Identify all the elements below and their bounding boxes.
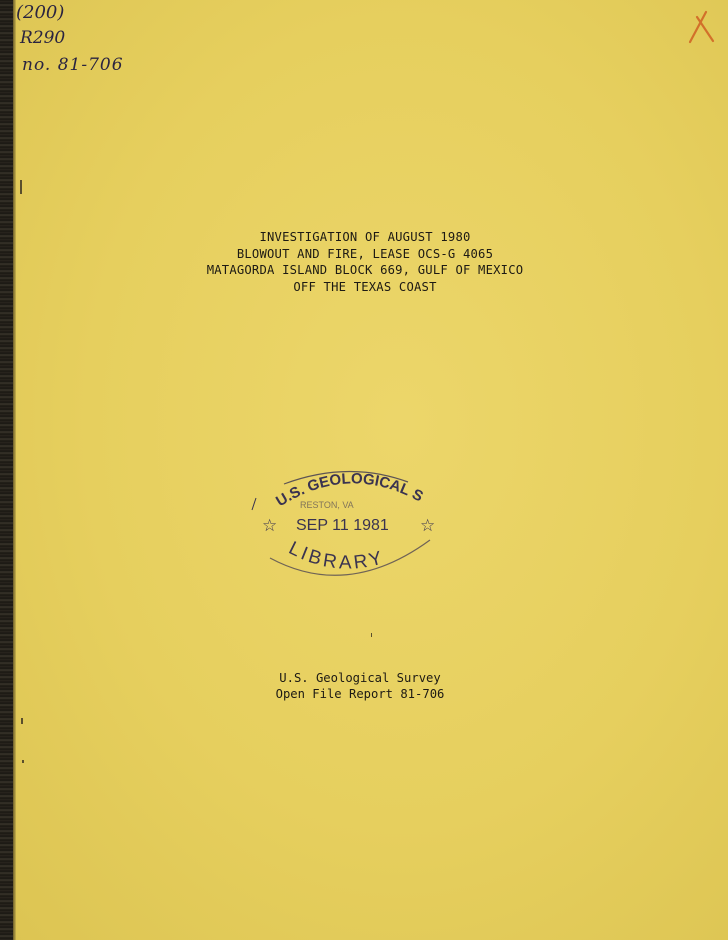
library-stamp: U.S. GEOLOGICAL SURVEY RESTON, VA ☆ ☆ SE… [248, 462, 448, 587]
title-line: OFF THE TEXAS COAST [180, 279, 550, 296]
star-icon: ☆ [262, 516, 277, 535]
mark-speck [21, 718, 23, 724]
stamp-date: SEP 11 1981 [296, 517, 389, 534]
x-mark-icon [686, 8, 716, 44]
handwritten-note-1: (200) [16, 4, 64, 22]
stamp-library: LIBRARY [285, 538, 387, 574]
mark-speck [20, 180, 22, 194]
report-title: INVESTIGATION OF AUGUST 1980 BLOWOUT AND… [180, 229, 550, 295]
title-line: BLOWOUT AND FIRE, LEASE OCS-G 4065 [180, 246, 550, 263]
report-number: Open File Report 81-706 [240, 687, 480, 703]
binding-edge [0, 0, 13, 940]
publisher-name: U.S. Geological Survey [240, 671, 480, 687]
star-icon: ☆ [420, 516, 435, 535]
title-line: INVESTIGATION OF AUGUST 1980 [180, 229, 550, 246]
mark-speck [22, 760, 24, 763]
title-line: MATAGORDA ISLAND BLOCK 669, GULF OF MEXI… [180, 262, 550, 279]
mark-speck [371, 633, 372, 637]
binding-shadow [13, 0, 16, 940]
handwritten-note-2: R290 [20, 30, 65, 47]
document-cover: (200) R290 no. 81-706 INVESTIGATION OF A… [0, 0, 728, 940]
handwritten-note-3: no. 81-706 [22, 57, 124, 74]
stamp-location: RESTON, VA [300, 500, 354, 510]
report-publisher: U.S. Geological Survey Open File Report … [240, 671, 480, 702]
